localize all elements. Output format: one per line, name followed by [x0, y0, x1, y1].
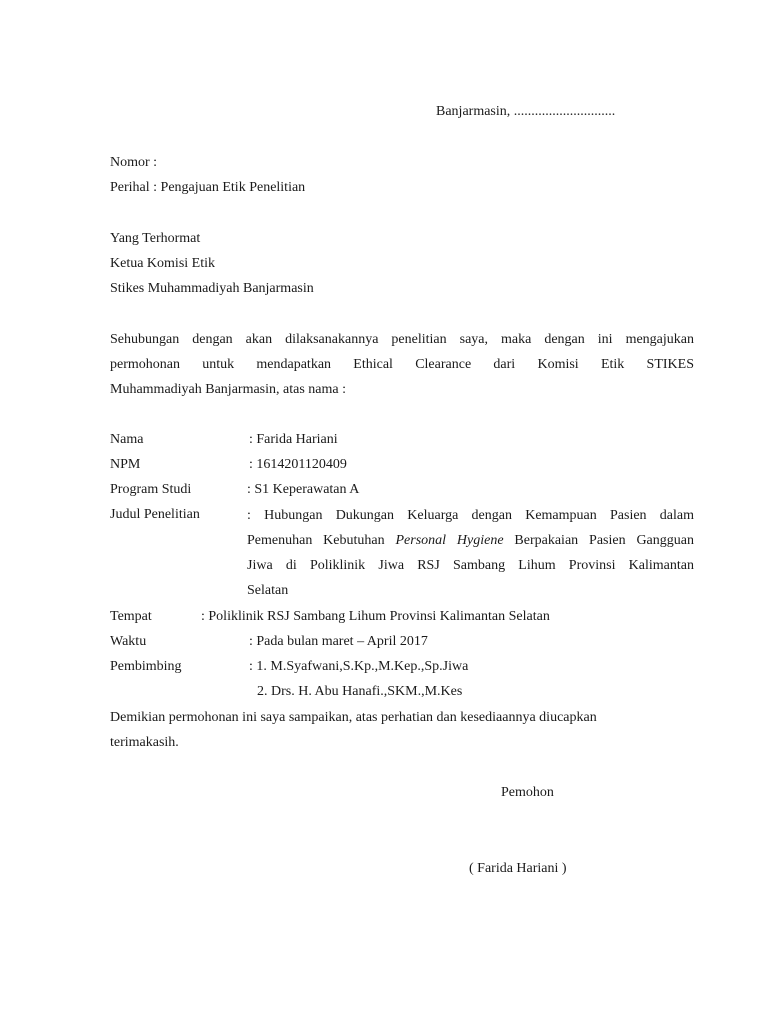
nama-value: : Farida Hariani — [249, 432, 338, 448]
judul-row: Pemenuhan Kebutuhan Personal Hygiene Ber… — [247, 528, 694, 553]
place-date: Banjarmasin, ...........................… — [436, 104, 615, 120]
judul-value: : Hubungan Dukungan Keluarga dengan Kema… — [247, 503, 694, 603]
pembimbing-2: 2. Drs. H. Abu Hanafi.,SKM.,M.Kes — [257, 684, 462, 700]
perihal-line: Perihal : Pengajuan Etik Penelitian — [110, 180, 305, 196]
judul-text: Pemenuhan Kebutuhan — [247, 533, 395, 548]
judul-row: : Hubungan Dukungan Keluarga dengan Kema… — [247, 503, 694, 528]
prodi-value: : S1 Keperawatan A — [247, 482, 359, 498]
judul-italic-term: Personal Hygiene — [395, 533, 503, 548]
intro-row: permohonan untuk mendapatkan Ethical Cle… — [110, 352, 694, 377]
waktu-value: : Pada bulan maret – April 2017 — [249, 634, 428, 650]
signature-title: Pemohon — [501, 785, 554, 801]
npm-label: NPM — [110, 457, 140, 473]
judul-row: Jiwa di Poliklinik Jiwa RSJ Sambang Lihu… — [247, 553, 694, 578]
intro-row: Sehubungan dengan akan dilaksanakannya p… — [110, 327, 694, 352]
pembimbing-1: : 1. M.Syafwani,S.Kp.,M.Kep.,Sp.Jiwa — [249, 659, 468, 675]
judul-row: Selatan — [247, 578, 694, 603]
signature-name: ( Farida Hariani ) — [469, 861, 567, 877]
intro-paragraph: Sehubungan dengan akan dilaksanakannya p… — [110, 327, 694, 402]
nomor-line: Nomor : — [110, 155, 157, 171]
recipient-institution: Stikes Muhammadiyah Banjarmasin — [110, 281, 314, 297]
prodi-label: Program Studi — [110, 482, 191, 498]
recipient-title: Ketua Komisi Etik — [110, 256, 215, 272]
nama-label: Nama — [110, 432, 143, 448]
pembimbing-label: Pembimbing — [110, 659, 182, 675]
tempat-value: : Poliklinik RSJ Sambang Lihum Provinsi … — [201, 609, 550, 625]
intro-row: Muhammadiyah Banjarmasin, atas nama : — [110, 377, 694, 402]
waktu-label: Waktu — [110, 634, 146, 650]
judul-label: Judul Penelitian — [110, 507, 200, 523]
judul-text: Berpakaian Pasien Gangguan — [504, 533, 694, 548]
npm-value: : 1614201120409 — [249, 457, 347, 473]
closing-line: Demikian permohonan ini saya sampaikan, … — [110, 710, 597, 726]
tempat-label: Tempat — [110, 609, 152, 625]
closing-line: terimakasih. — [110, 735, 179, 751]
recipient-salutation: Yang Terhormat — [110, 231, 200, 247]
